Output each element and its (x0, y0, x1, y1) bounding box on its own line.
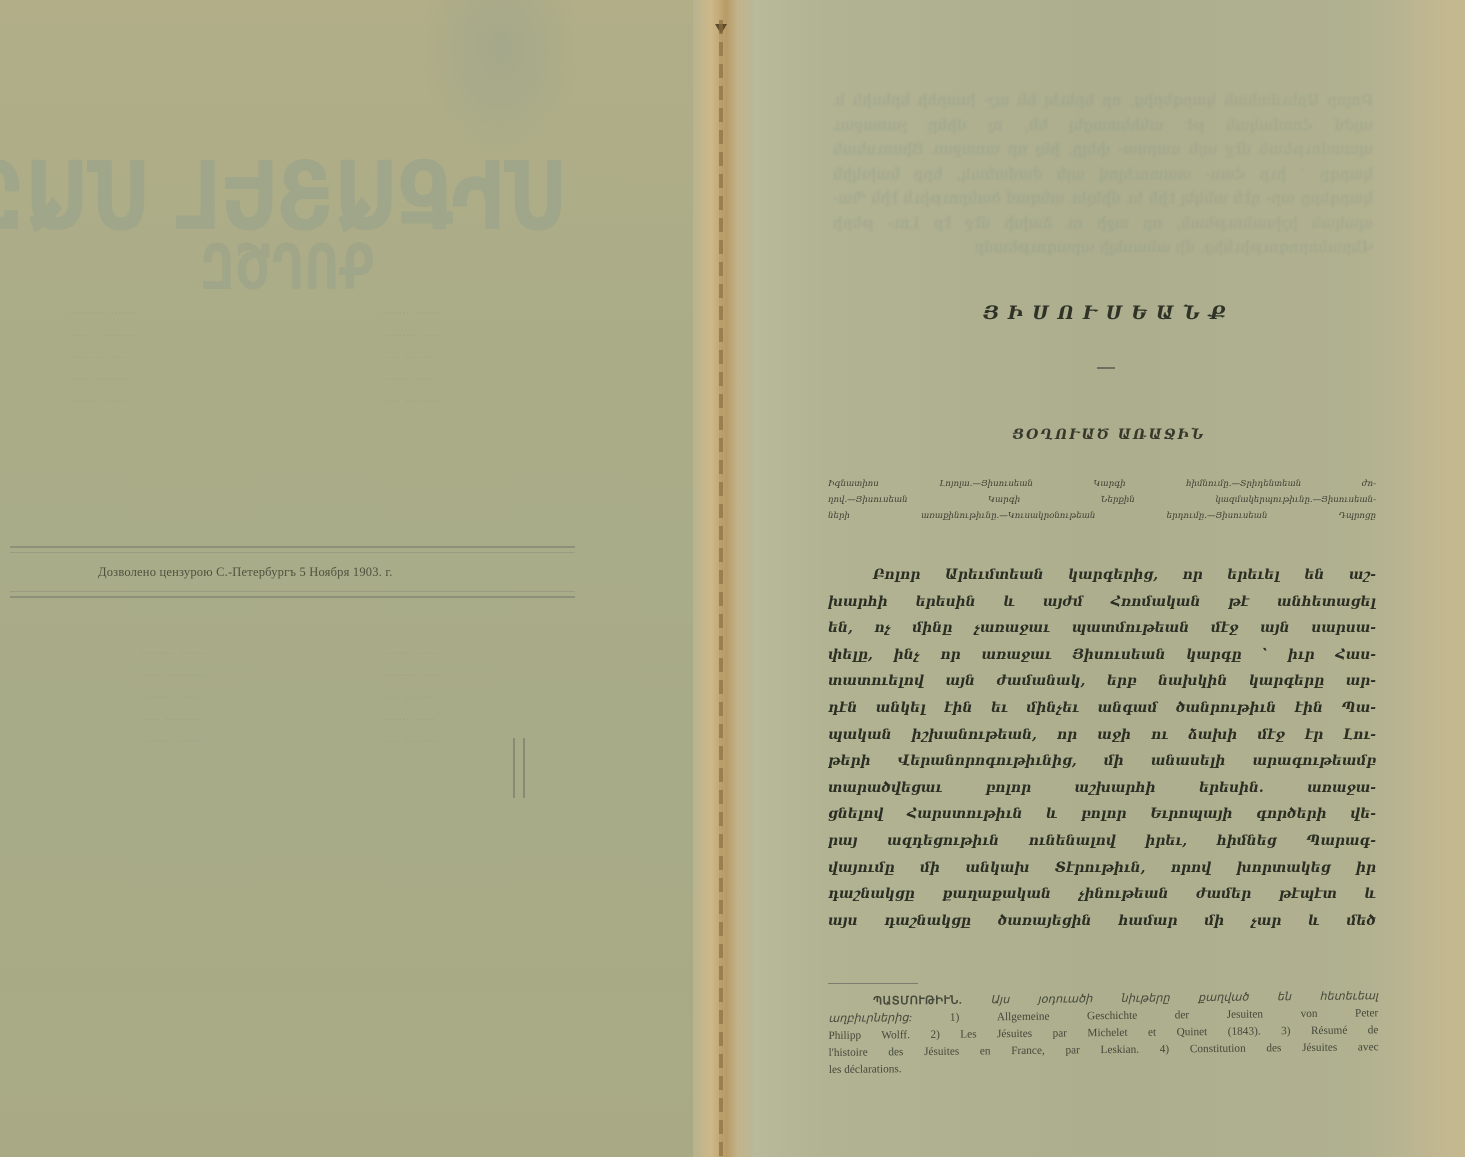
body-line: պական իշխանութեան, որ աջի ու ձախի մէջ էր… (828, 722, 1376, 749)
summary-line: ների առաքինութիւնը.—Կուսակրօնութեան երդո… (828, 508, 1376, 524)
summary-line: ղով.—Յիսուսեան Կարգի Ներքին կազմակերպութ… (828, 492, 1376, 508)
bleed-through-column: ․․․․․․․․․ ․․․․․․․ ․․․․․․ ․․․․․․․․․․ ․․․․… (70, 300, 136, 410)
footnote-armenian-cont: աղբիւրներից: (828, 1012, 912, 1025)
body-line: այս դաշնակցը ծառայեցին համար մի չար և մե… (828, 908, 1376, 935)
body-line: րայ ազդեցութիւն ունենալով իրեւ, հիմնեց Պ… (828, 828, 1376, 855)
spine-tear (719, 20, 723, 1157)
footnote: ՊԱՏՄՈՒԹԻՒՆ. Այս յօդուածի նիւթերը քաղված … (828, 988, 1379, 1079)
footnote-source-1: 1) Allgemeine Geschichte der Jesuiten vo… (950, 1007, 1378, 1023)
summary-line: Իգնատիոս Լոյոլա.—Յիսուսեան Կարգի հիմնում… (828, 476, 1376, 492)
body-line: խարհի երեսին և այժմ Հռոմական թէ անհետացե… (828, 589, 1376, 616)
bleed-through-column: ․․․․․․․․․ ․․․․․․․ ․․․․․․ ․․․․․․․․․․ ․․․․… (140, 640, 206, 750)
body-line: փելը, ինչ որ առաջաւ Յիսուսեան կարգը ՝ իւ… (828, 642, 1376, 669)
body-line: դէն անկել էին եւ մինչեւ անգամ ծանրութիւն… (828, 695, 1376, 722)
footnote-rule (828, 983, 918, 984)
censorship-note-box: Дозволено цензурою С.-Петербургъ 5 Ноябр… (10, 546, 575, 598)
body-line: թերի Վերանորոգութիւնից, մի անասելի արագո… (828, 748, 1376, 775)
title-divider (1097, 367, 1115, 369)
book-gutter (693, 0, 753, 1157)
double-bar-mark (513, 738, 525, 798)
right-page: Բոլոր Արեւմտեան կարգերից, որ երեւել են ա… (753, 0, 1465, 1157)
left-page: ՄԻՔԱՅԵԼ ՄԱԶՄԱՆԵԱՆ ԳՈՐԾԸ ․․․․․․․․․ ․․․․․․… (0, 0, 715, 1157)
body-paragraph: Բոլոր Արեւմտեան կարգերից, որ երեւել են ա… (828, 562, 1376, 934)
bleed-through-text: Բոլոր Արեւմտեան կարգերից, որ երեւել են ա… (833, 88, 1373, 260)
page-edge-shading (1395, 0, 1465, 1157)
body-line: են, ոչ մինը չառաջաւ պատմութեան մէջ այն ս… (828, 615, 1376, 642)
bleed-through-illustration (420, 0, 580, 160)
section-title: ՑՕՂՈՒԱԾ ԱՌԱՋԻՆ (753, 427, 1465, 443)
footnote-armenian-intro: Այս յօդուածի նիւթերը քաղված են հետեւեալ (990, 990, 1378, 1006)
body-line: Բոլոր Արեւմտեան կարգերից, որ երեւել են ա… (828, 562, 1376, 589)
body-line: դաշնակցը քաղաքական չինութեան ժամեր թէպէտ… (828, 881, 1376, 908)
body-line: տատուելով այն ժամանակ, երբ նախկին կարգեր… (828, 668, 1376, 695)
body-line: ցնելով Հարստութիւն և բոլոր Եւրոպայի գործ… (828, 801, 1376, 828)
censorship-note: Дозволено цензурою С.-Петербургъ 5 Ноябр… (98, 565, 393, 580)
body-line: վայումը մի անկախ Տէրութիւն, որով խորտակե… (828, 855, 1376, 882)
chapter-summary: Իգնատիոս Լոյոլա.—Յիսուսեան Կարգի հիմնում… (828, 476, 1376, 524)
bleed-through-column: ․․․․․․․․ ․․․․․․ ․․․․․․․․․․ ․․․․ ․․․․․ ․․… (380, 640, 439, 750)
bleed-through-column: ․․․․․․․․ ․․․․․․ ․․․․․․․․․․ ․․․․ ․․․․․ ․․… (380, 300, 439, 410)
chapter-title: ՅԻՍՈՒՍԵԱՆՔ (753, 302, 1465, 324)
bleed-through-subtitle: ԳՈՐԾԸ (200, 232, 374, 305)
body-line: տարածվեցաւ բոլոր աշխարհի երեսին. առաջա- (828, 775, 1376, 802)
book-spread: ՄԻՔԱՅԵԼ ՄԱԶՄԱՆԵԱՆ ԳՈՐԾԸ ․․․․․․․․․ ․․․․․․… (0, 0, 1465, 1157)
footnote-label: ՊԱՏՄՈՒԹԻՒՆ. (873, 995, 962, 1008)
